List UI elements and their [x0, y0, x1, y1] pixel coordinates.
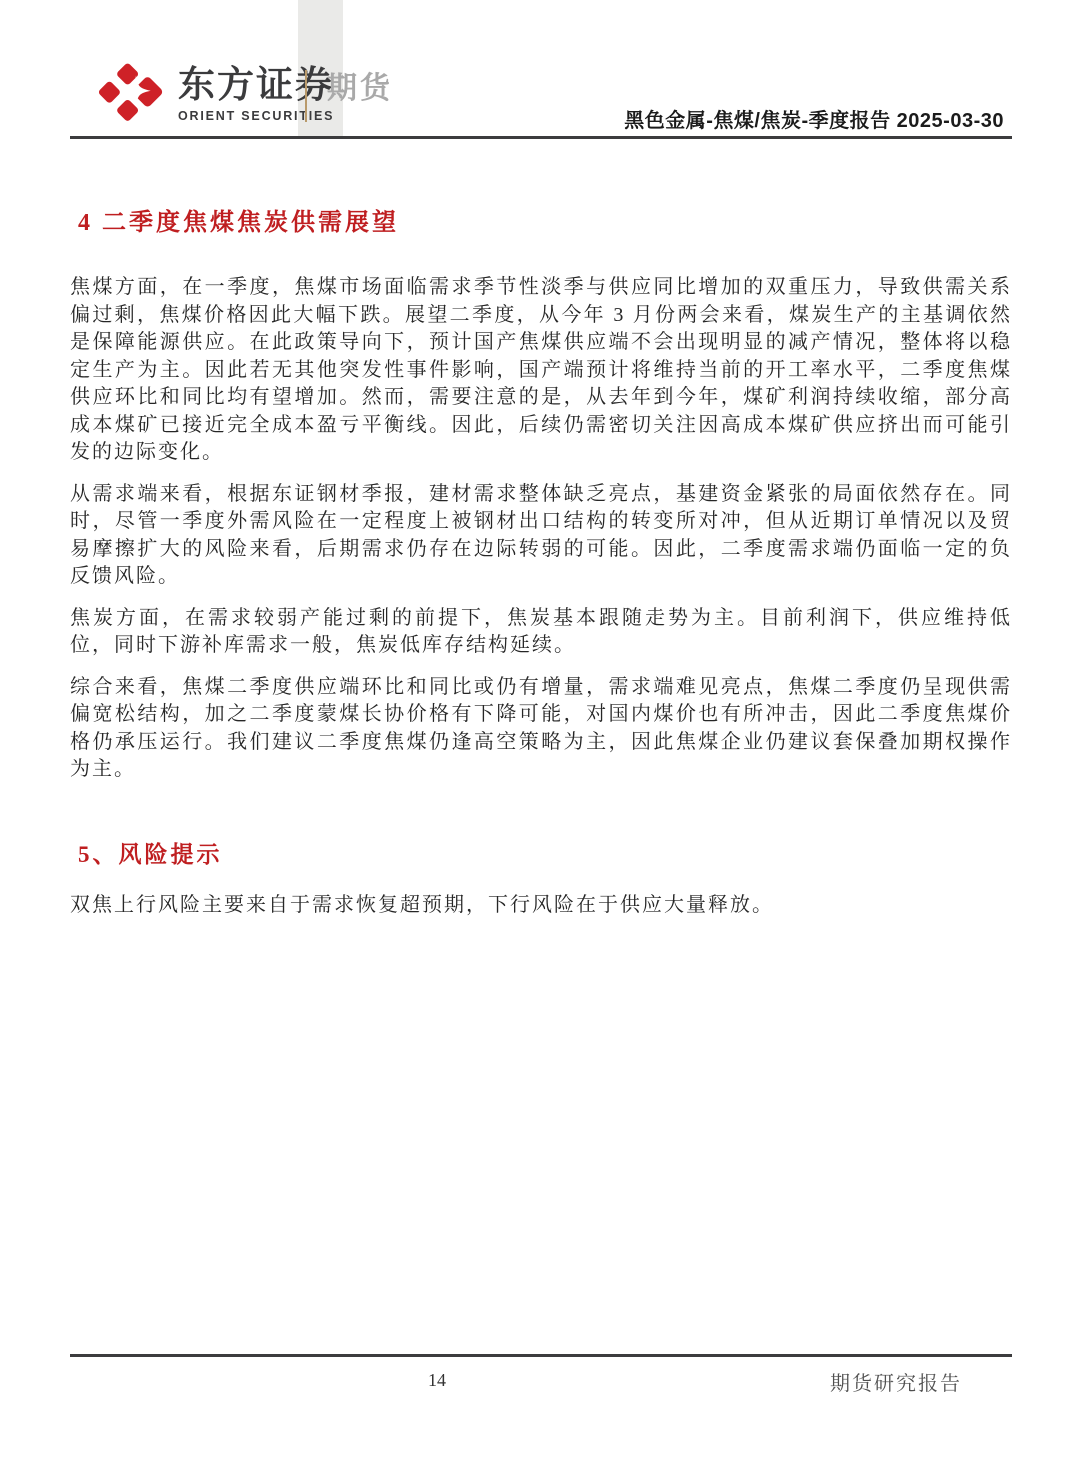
- footer-rule: [70, 1354, 1012, 1357]
- section-heading-4: 4 二季度焦煤焦炭供需展望: [78, 208, 1012, 238]
- section-5-paragraphs: 双焦上行风险主要来自于需求恢复超预期，下行风险在于供应大量释放。: [70, 892, 1012, 920]
- orient-securities-logo-icon: [94, 60, 178, 130]
- footer-report-type: 期货研究报告: [830, 1367, 962, 1396]
- section-heading-5: 5、风险提示: [78, 840, 1012, 870]
- logo-chinese-name: 东方证券: [178, 66, 334, 103]
- header-gold-divider: [305, 70, 307, 122]
- report-body: 4 二季度焦煤焦炭供需展望 焦煤方面，在一季度，焦煤市场面临需求季节性淡季与供应…: [70, 208, 1012, 919]
- report-page: 东方证券 ORIENT SECURITIES 期货 黑色金属-焦煤/焦炭-季度报…: [0, 0, 1080, 1465]
- paragraph: 综合来看，焦煤二季度供应端环比和同比或仍有增量，需求端难见亮点，焦煤二季度仍呈现…: [70, 674, 1012, 784]
- paragraph: 焦煤方面，在一季度，焦煤市场面临需求季节性淡季与供应同比增加的双重压力，导致供需…: [70, 274, 1012, 467]
- page-number: 14: [412, 1370, 462, 1391]
- header-rule: [70, 136, 1012, 139]
- logo-english-name: ORIENT SECURITIES: [178, 109, 334, 123]
- paragraph: 双焦上行风险主要来自于需求恢复超预期，下行风险在于供应大量释放。: [70, 892, 1012, 920]
- division-label: 期货: [327, 74, 393, 104]
- paragraph: 焦炭方面，在需求较弱产能过剩的前提下，焦炭基本跟随走势为主。目前利润下，供应维持…: [70, 605, 1012, 660]
- logo-wordmark: 东方证券 ORIENT SECURITIES: [178, 66, 334, 123]
- report-meta-title: 黑色金属-焦煤/焦炭-季度报告 2025-03-30: [624, 104, 1004, 133]
- section-4-paragraphs: 焦煤方面，在一季度，焦煤市场面临需求季节性淡季与供应同比增加的双重压力，导致供需…: [70, 274, 1012, 784]
- paragraph: 从需求端来看，根据东证钢材季报，建材需求整体缺乏亮点，基建资金紧张的局面依然存在…: [70, 481, 1012, 591]
